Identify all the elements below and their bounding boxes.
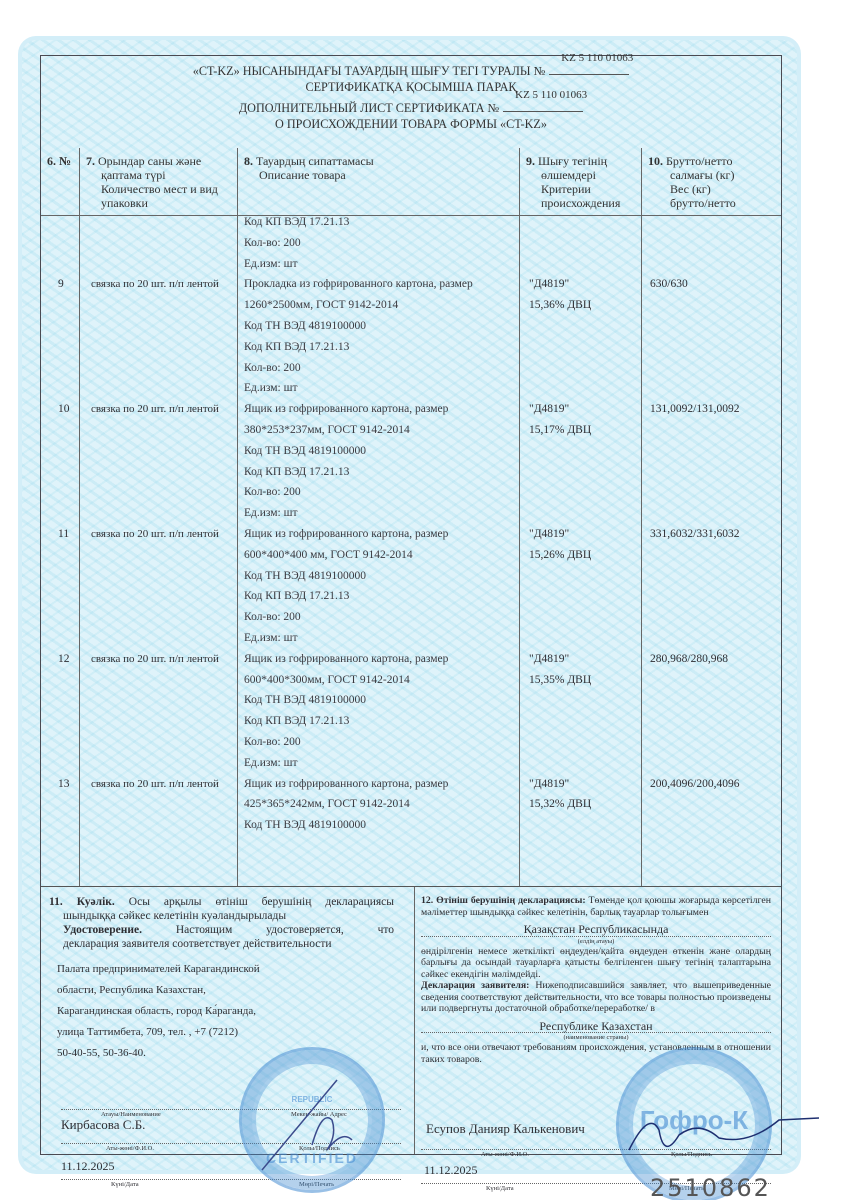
serial-number: 2510862 <box>650 1174 771 1200</box>
goods-description: Ящик из гофрированного картона, размер42… <box>244 774 448 836</box>
column-divider <box>641 148 642 886</box>
column-header-6: 6. № <box>47 154 71 168</box>
certifier-name: Кирбасова С.Б. <box>61 1117 145 1133</box>
declaration-date: 11.12.2025 <box>424 1163 478 1178</box>
certification-date: 11.12.2025 <box>61 1159 115 1174</box>
goods-description: Ящик из гофрированного картона, размер60… <box>244 649 448 774</box>
box-12-declaration: 12. Өтініш берушінің декларациясы: Төмен… <box>421 895 771 1065</box>
column-divider <box>79 148 80 886</box>
chamber-seal-stamp: REPUBLIC CERTIFIED <box>239 1047 385 1193</box>
header-divider <box>41 215 781 216</box>
origin-criterion: "Д4819"15,26% ДВЦ <box>529 524 591 566</box>
column-divider <box>237 148 238 886</box>
gross-net-weight: 131,0092/131,0092 <box>650 403 739 415</box>
chamber-address: Палата предпринимателей Карагандинской о… <box>49 959 394 1064</box>
document-title: «CT-KZ» НЫСАНЫНДАҒЫ ТАУАРДЫҢ ШЫҒУ ТЕГІ Т… <box>41 62 781 132</box>
box-11-certification: 11. Куәлік. Осы арқылы өтініш берушінің … <box>49 895 394 1064</box>
origin-criterion: "Д4819"15,36% ДВЦ <box>529 274 591 316</box>
applicant-name: Есупов Данияр Калькенович <box>426 1121 585 1137</box>
column-header-10: 10. Брутто/нетто салмағы (кг) Вес (кг) б… <box>648 154 736 210</box>
label-date: Күні/Дата <box>111 1181 139 1188</box>
carryover-description: Код КП ВЭД 17.21.13 Кол-во: 200 Ед.изм: … <box>244 212 349 274</box>
packing-type: связка по 20 шт. п/п лентой <box>91 403 219 415</box>
gross-net-weight: 200,4096/200,4096 <box>650 778 739 790</box>
label-fio: Аты-жөні/Ф.И.О. <box>481 1151 529 1158</box>
label-fio: Аты-жөні/Ф.И.О. <box>106 1145 154 1152</box>
origin-criterion: "Д4819"15,17% ДВЦ <box>529 399 591 441</box>
row-number: 10 <box>58 403 70 415</box>
certificate-number-field-2: KZ 5 110 01063 <box>503 99 583 112</box>
column-header-8: 8. Тауардың сипаттамасы Описание товара <box>244 154 374 182</box>
row-number: 9 <box>58 278 64 290</box>
packing-type: связка по 20 шт. п/п лентой <box>91 653 219 665</box>
origin-criterion: "Д4819"15,35% ДВЦ <box>529 649 591 691</box>
certificate-number: KZ 5 110 01063 <box>515 87 587 103</box>
packing-type: связка по 20 шт. п/п лентой <box>91 278 219 290</box>
certification-section: 11. Куәлік. Осы арқылы өтініш берушінің … <box>41 886 781 1154</box>
label-date: Күні/Дата <box>486 1185 514 1192</box>
packing-type: связка по 20 шт. п/п лентой <box>91 778 219 790</box>
title-kz-line1: «CT-KZ» НЫСАНЫНДАҒЫ ТАУАРДЫҢ ШЫҒУ ТЕГІ Т… <box>193 64 545 78</box>
title-ru-line2: О ПРОИСХОЖДЕНИИ ТОВАРА ФОРМЫ «CT-KZ» <box>41 116 781 132</box>
gross-net-weight: 331,6032/331,6032 <box>650 528 739 540</box>
row-number: 12 <box>58 653 70 665</box>
origin-criterion: "Д4819"15,32% ДВЦ <box>529 774 591 816</box>
gross-net-weight: 280,968/280,968 <box>650 653 728 665</box>
country-kz: Қазақстан Республикасында <box>421 924 771 937</box>
row-number: 11 <box>58 528 69 540</box>
column-divider <box>519 148 520 886</box>
title-ru-line1: ДОПОЛНИТЕЛЬНЫЙ ЛИСТ СЕРТИФИКАТА № <box>239 101 499 115</box>
certificate-frame: «CT-KZ» НЫСАНЫНДАҒЫ ТАУАРДЫҢ ШЫҒУ ТЕГІ Т… <box>40 55 782 1155</box>
country-ru: Республике Казахстан <box>421 1021 771 1034</box>
column-header-9: 9. Шығу тегінің өлшемдері Критерии проис… <box>526 154 620 210</box>
goods-description: Прокладка из гофрированного картона, раз… <box>244 274 473 399</box>
signature-scribble-icon <box>242 1050 382 1190</box>
goods-description: Ящик из гофрированного картона, размер60… <box>244 524 448 649</box>
packing-type: связка по 20 шт. п/п лентой <box>91 528 219 540</box>
gross-net-weight: 630/630 <box>650 278 688 290</box>
goods-description: Ящик из гофрированного картона, размер38… <box>244 399 448 524</box>
section-divider <box>414 887 415 1154</box>
certificate-number: KZ 5 110 01063 <box>561 50 633 66</box>
row-number: 13 <box>58 778 70 790</box>
title-kz-line2: СЕРТИФИКАТҚА ҚОСЫМША ПАРАҚ <box>41 79 781 95</box>
goods-table: 6. № 7. Орындар саны және қаптама түрі К… <box>41 148 781 886</box>
column-header-7: 7. Орындар саны және қаптама түрі Количе… <box>86 154 218 210</box>
certificate-number-field-1: KZ 5 110 01063 <box>549 62 629 75</box>
